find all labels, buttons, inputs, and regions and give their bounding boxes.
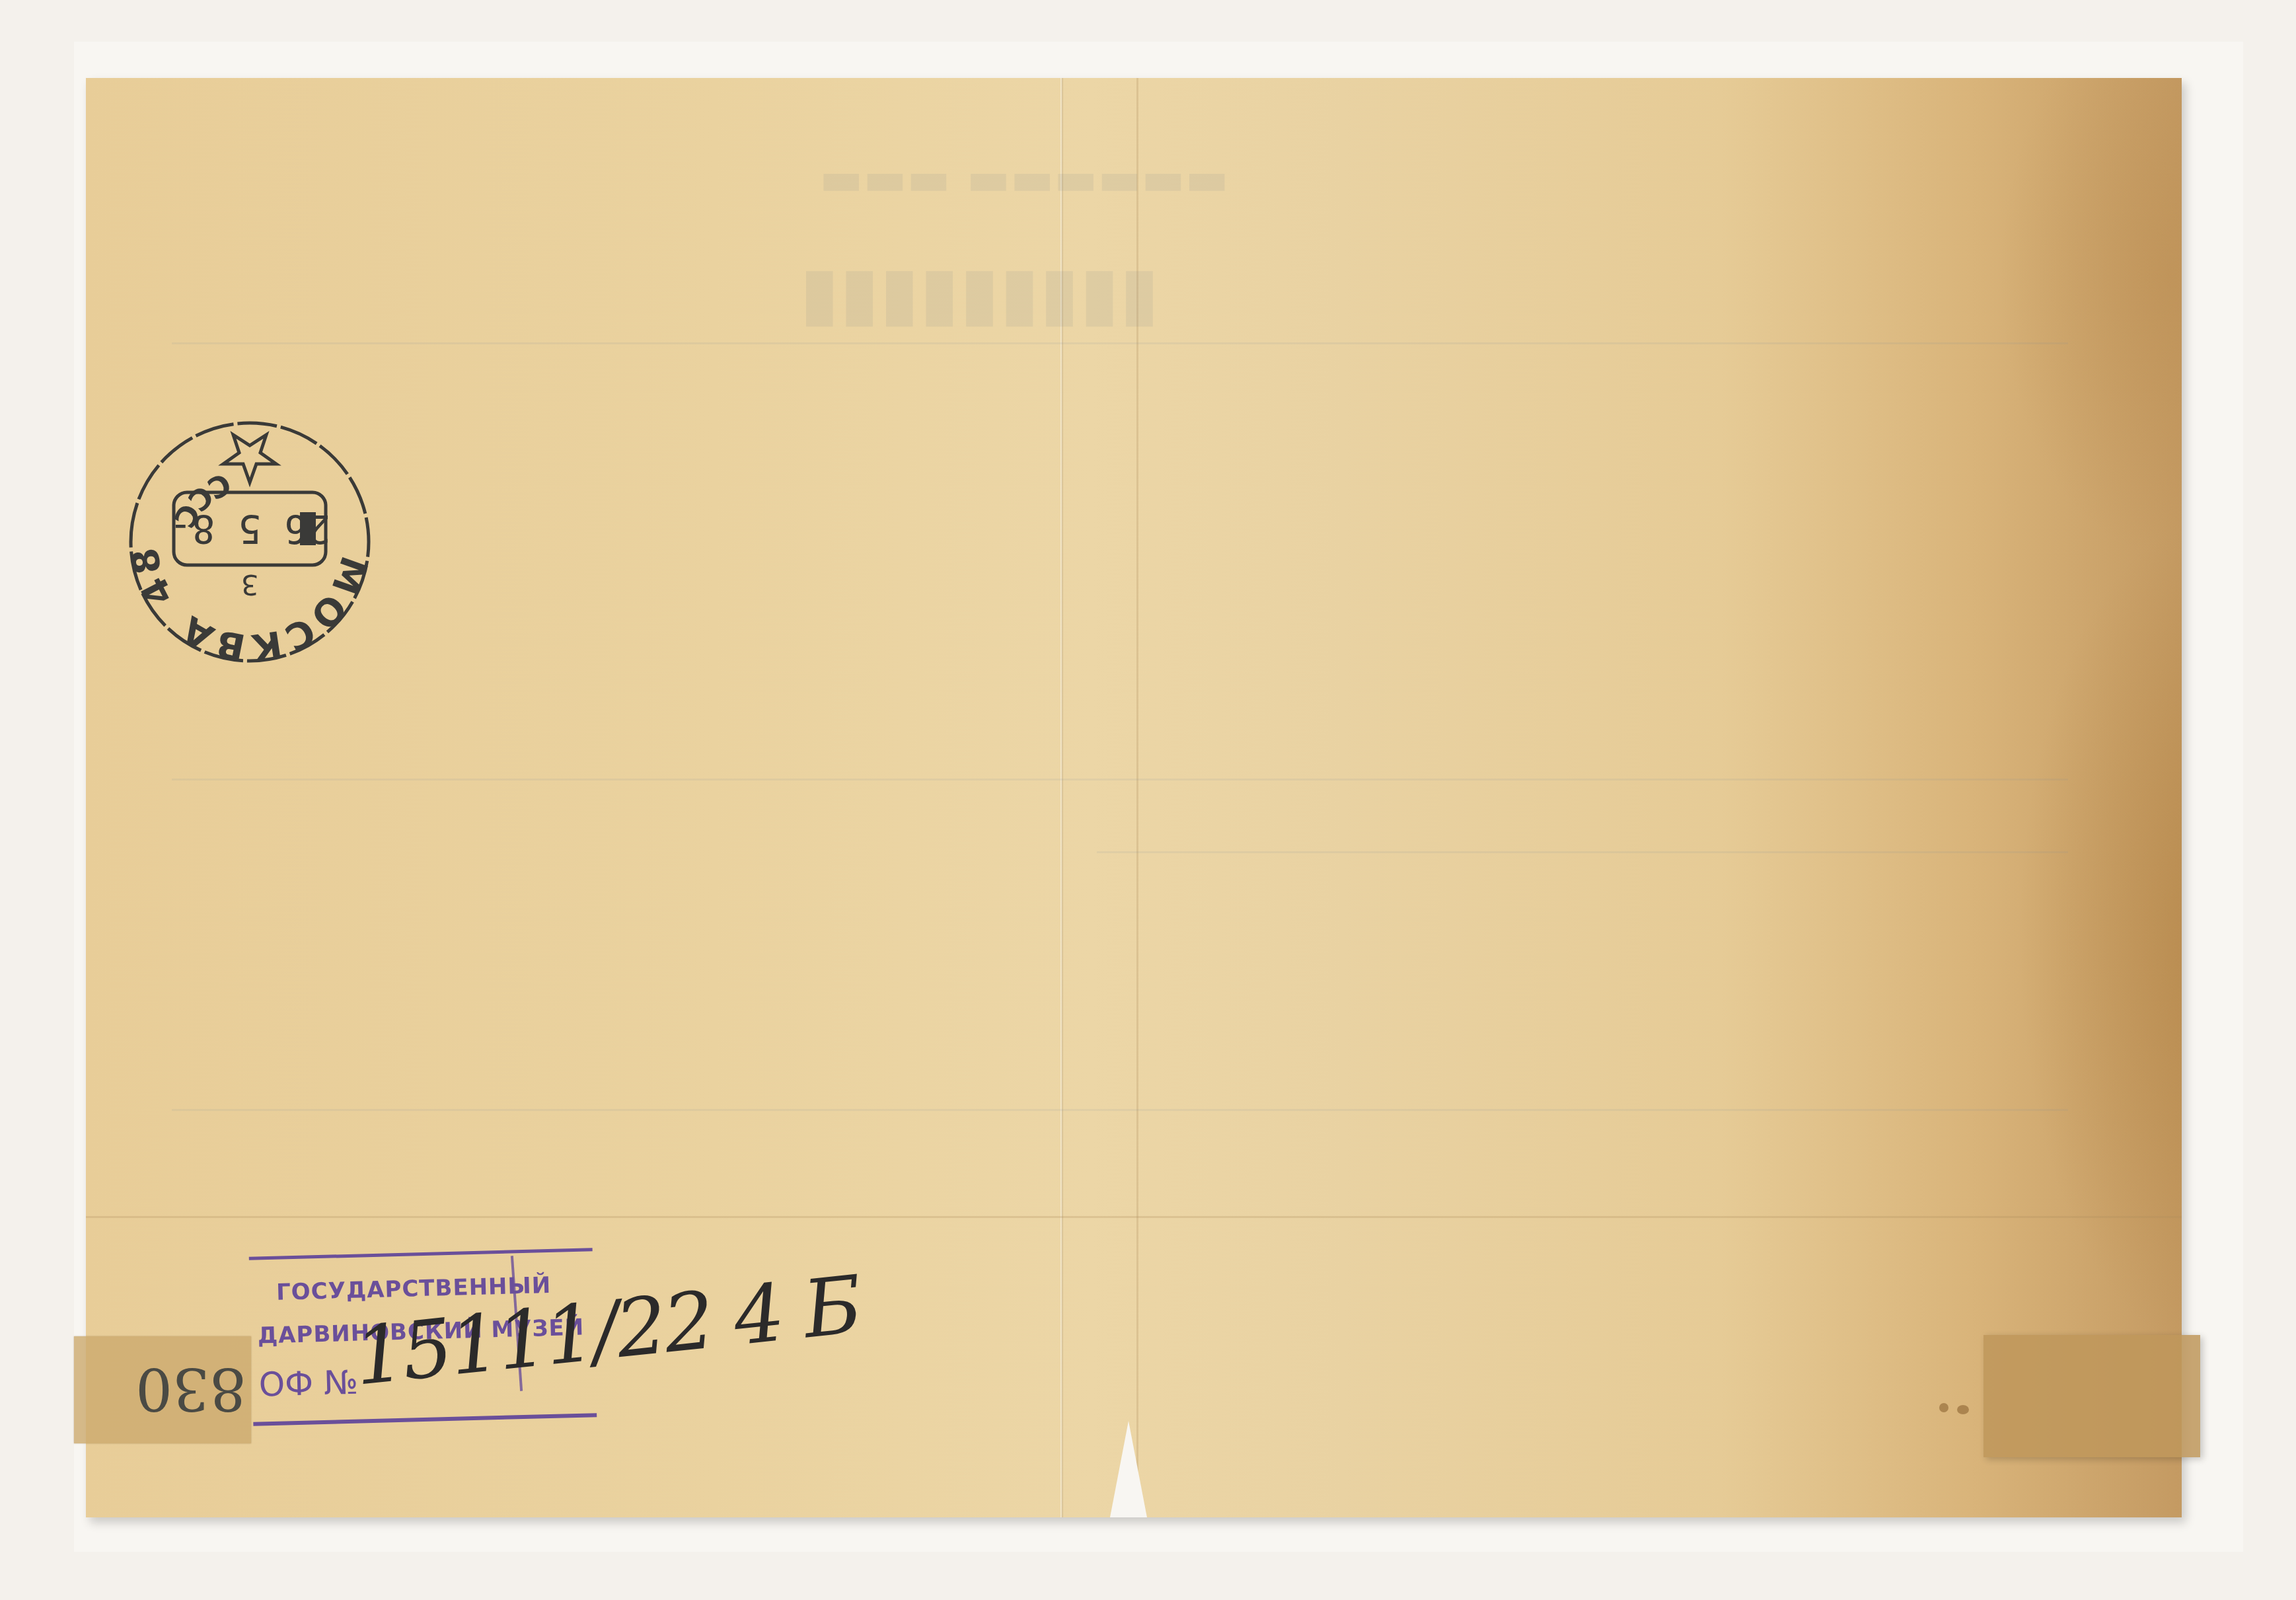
show-through-rule	[172, 342, 2068, 344]
stamp-line-inventory-label: ОФ №	[258, 1363, 359, 1404]
stain-spot	[1939, 1403, 1948, 1412]
horizontal-fold-crease	[86, 1216, 2182, 1218]
postmark-sub-number: 3	[241, 568, 259, 601]
postmark-city: МОСКВА	[172, 551, 375, 669]
show-through-heading: ▬▬▬ ▬▬▬▬▬▬	[819, 151, 1229, 206]
hinge-tape-right	[1983, 1335, 2200, 1457]
show-through-rule	[1097, 851, 2068, 853]
stain-spot	[1957, 1405, 1969, 1414]
pencil-note: 830	[135, 1355, 246, 1423]
show-through-rule	[172, 1109, 2068, 1111]
show-through-title: ▮▮▮▮▮▮▮▮▮	[799, 250, 1160, 335]
svg-text:МОСКВА 48: МОСКВА 48	[123, 542, 375, 669]
show-through-rule	[172, 779, 2068, 781]
moscow-postmark: МОСКВА 48 3 26 5 8- СССР	[118, 410, 382, 674]
torn-notch	[1110, 1421, 1147, 1517]
star-icon	[223, 435, 276, 482]
postmark-slug-block	[300, 512, 316, 545]
